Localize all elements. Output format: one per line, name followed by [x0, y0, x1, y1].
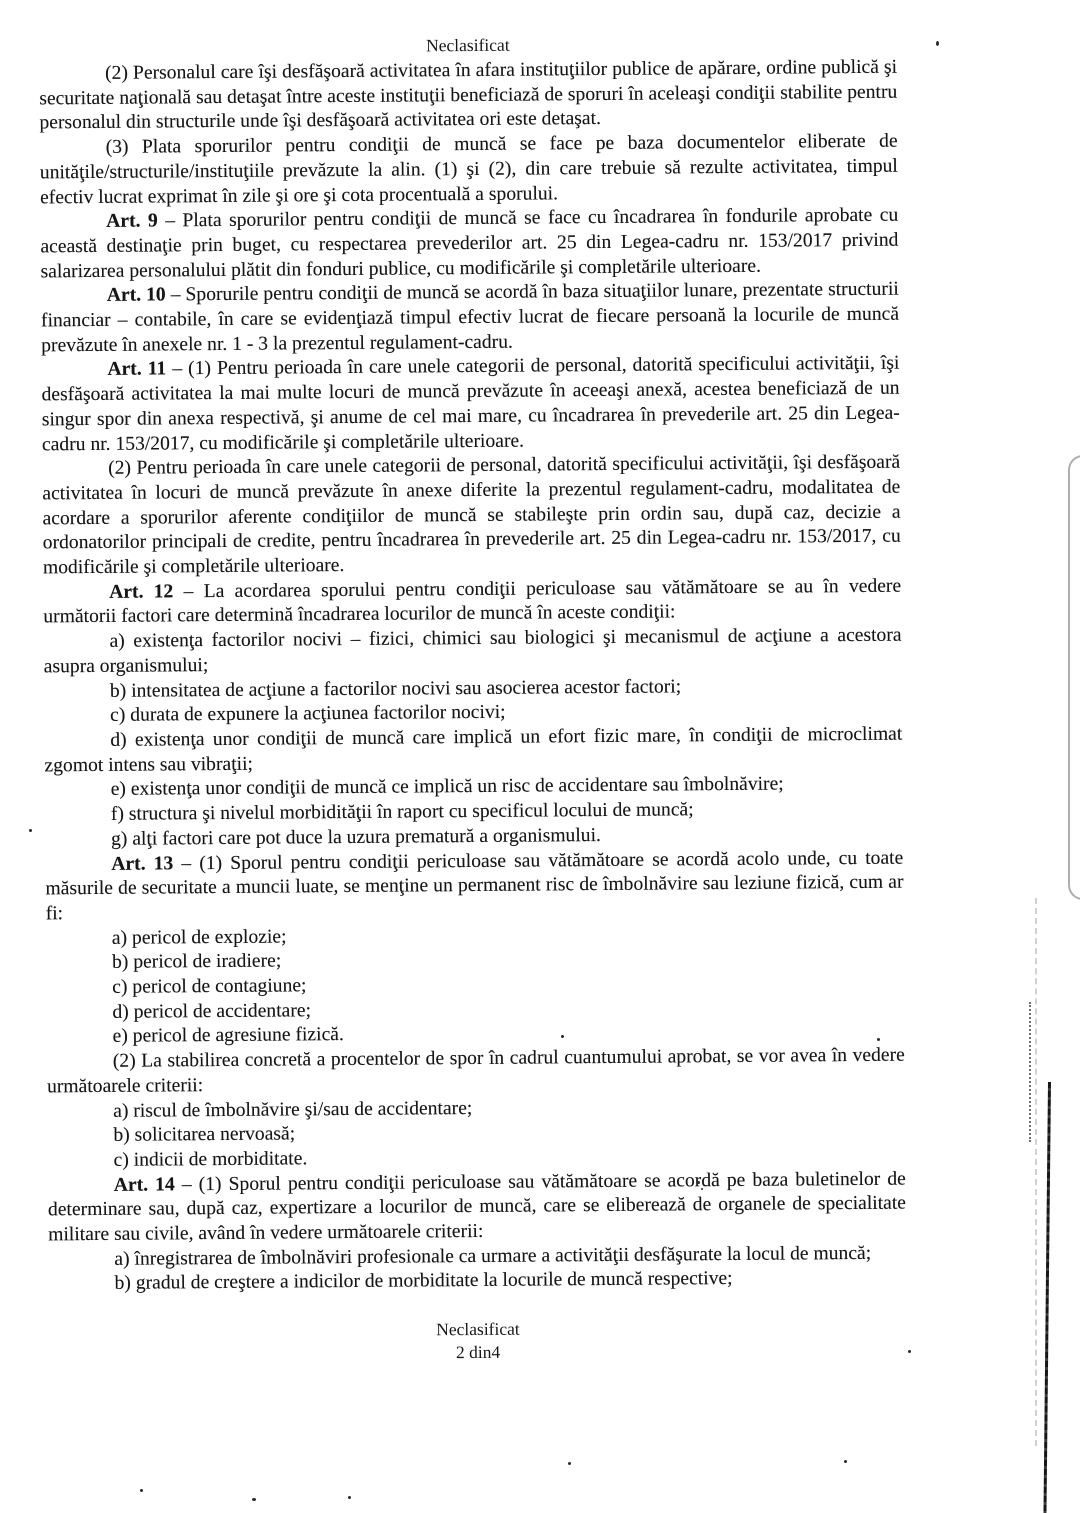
paragraph-text: b) intensitatea de acţiune a factorilor … — [110, 676, 681, 701]
paragraph: Art. 10 – Sporurile pentru condiţii de m… — [41, 278, 900, 359]
paragraph-text: – (1) Pentru perioada în care unele cate… — [42, 353, 900, 455]
scan-speck — [697, 1181, 700, 1184]
paragraph-text: e) pericol de agresiune fizică. — [113, 1024, 344, 1047]
article-number: Art. 11 — [107, 359, 166, 380]
paragraph-text: e) existenţa unor condiţii de muncă ce i… — [111, 774, 784, 800]
paragraph: (2) Personalul care îşi desfăşoară activ… — [39, 56, 898, 137]
paragraph-text: a) existenţa factorilor nocivi – fizici,… — [44, 625, 902, 677]
paragraph-text: f) structura şi nivelul morbidităţii în … — [111, 799, 694, 825]
scan-speck — [140, 1489, 143, 1492]
article-number: Art. 10 — [107, 285, 166, 306]
scan-artifact-dotted-line — [1029, 1002, 1031, 1142]
paragraph-text: b) pericol de iradiere; — [112, 951, 281, 973]
paragraph-text: – (1) Sporul pentru condiţii periculoase… — [45, 847, 903, 924]
article-number: Art. 13 — [111, 853, 173, 874]
article-number: Art. 12 — [109, 581, 173, 603]
paragraph-text: (2) La stabilirea concretă a procentelor… — [47, 1045, 905, 1097]
paragraph-text: a) înregistrarea de îmbolnăviri profesio… — [114, 1243, 871, 1270]
scrollbar-thumb[interactable] — [1068, 455, 1080, 900]
paragraph-text: (3) Plata sporurilor pentru condiţii de … — [40, 131, 898, 208]
paragraph: a) existenţa factorilor nocivi – fizici,… — [43, 624, 901, 680]
page-content: Neclasificat (2) Personalul care îşi des… — [39, 31, 907, 1368]
paragraph-text: – Sporurile pentru condiţii de muncă se … — [41, 279, 899, 356]
document-body: (2) Personalul care îşi desfăşoară activ… — [39, 56, 907, 1298]
paragraph-text: c) indicii de morbiditate. — [114, 1148, 308, 1171]
paragraph-text: (2) Pentru perioada în care unele catego… — [42, 452, 901, 579]
paragraph: Art. 12 – La acordarea sporului pentru c… — [43, 574, 901, 630]
article-number: Art. 14 — [114, 1174, 175, 1195]
scan-artifact-faint-line — [1035, 898, 1037, 1446]
paragraph-text: g) alţi factori care pot duce la uzura p… — [111, 825, 601, 850]
paragraph-text: a) pericol de explozie; — [112, 926, 287, 948]
scan-speck — [701, 1188, 703, 1190]
paragraph: (2) La stabilirea concretă a procentelor… — [47, 1044, 905, 1100]
paragraph: d) existenţa unor condiţii de muncă care… — [44, 723, 902, 779]
scan-speck — [348, 1496, 351, 1499]
paragraph-text: (2) Personalul care îşi desfăşoară activ… — [39, 57, 897, 134]
scan-artifact-dark-line — [1043, 1082, 1051, 1513]
paragraph-text: – (1) Sporul pentru condiţii periculoase… — [48, 1168, 906, 1245]
scan-speck — [568, 1462, 571, 1465]
paragraph-text: – Plata sporurilor pentru condiţii de mu… — [40, 205, 898, 282]
scan-speck — [877, 1038, 880, 1041]
paragraph-text: b) gradul de creştere a indicilor de mor… — [114, 1268, 732, 1294]
scan-speck — [908, 1350, 911, 1353]
paragraph: (3) Plata sporurilor pentru condiţii de … — [40, 130, 899, 211]
page-footer: Neclasificat 2 din4 — [49, 1315, 907, 1368]
paragraph-text: a) riscul de îmbolnăvire şi/sau de accid… — [113, 1098, 472, 1122]
paragraph: (2) Pentru perioada în care unele catego… — [42, 451, 901, 581]
paragraph: Art. 11 – (1) Pentru perioada în care un… — [41, 352, 900, 458]
document-page: Neclasificat (2) Personalul care îşi des… — [0, 0, 1080, 1513]
paragraph-text: d) pericol de accidentare; — [112, 1000, 311, 1023]
paragraph: Art. 14 – (1) Sporul pentru condiţii per… — [48, 1167, 907, 1248]
scan-speck — [561, 1035, 564, 1038]
header-classification: Neclasificat — [39, 31, 897, 60]
article-number: Art. 9 — [106, 211, 158, 232]
scan-speck — [29, 829, 32, 832]
paragraph-text: d) existenţa unor condiţii de muncă care… — [44, 724, 902, 776]
scan-speck — [844, 1460, 847, 1463]
paragraph-text: c) pericol de contagiune; — [112, 975, 306, 998]
scan-speck — [936, 41, 939, 46]
scan-speck — [252, 1498, 256, 1501]
paragraph-text: b) solicitarea nervoasă; — [113, 1124, 295, 1146]
paragraph-text: c) durata de expunere la acţiunea factor… — [110, 702, 506, 726]
paragraph: Art. 13 – (1) Sporul pentru condiţii per… — [45, 846, 904, 927]
paragraph: Art. 9 – Plata sporurilor pentru condiţi… — [40, 204, 899, 285]
